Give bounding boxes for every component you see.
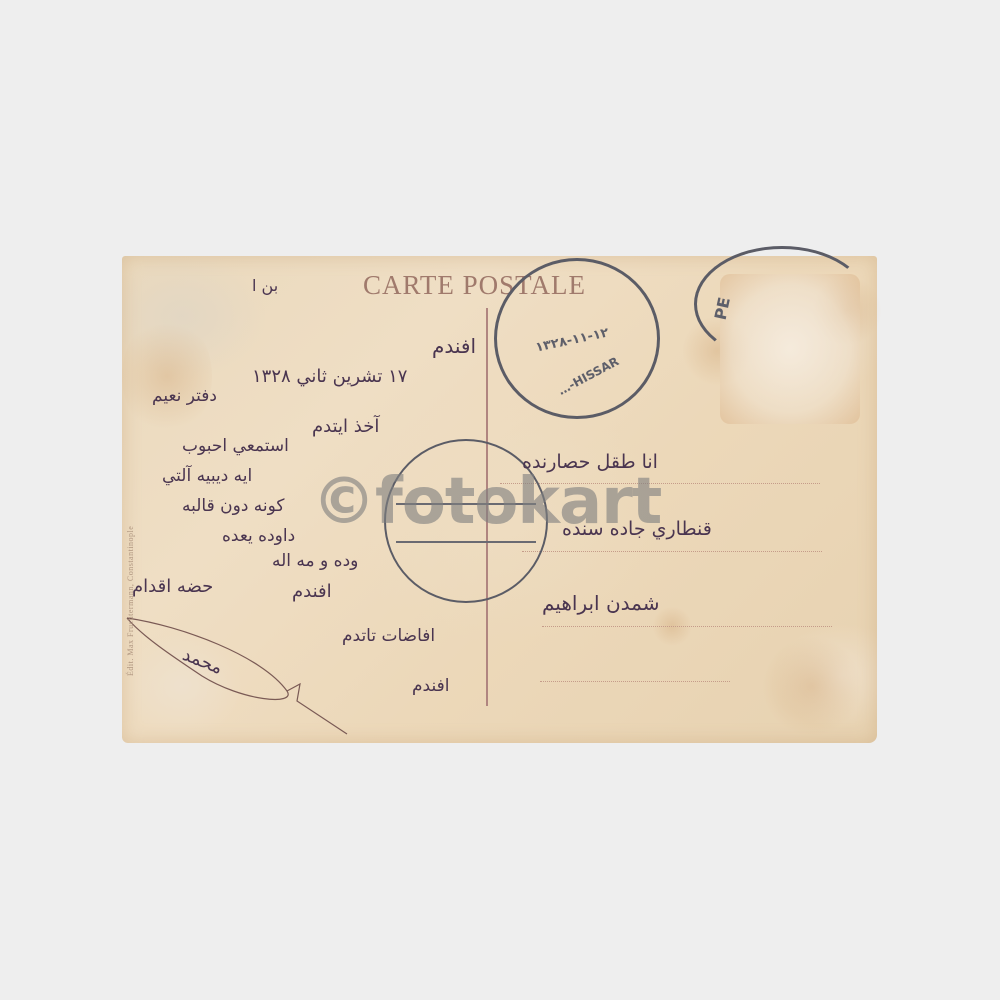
postmark-label: …-HISSAR: [556, 354, 622, 398]
message-line: استمعي احبوب: [182, 436, 289, 456]
message-line: حضه اقدام: [132, 576, 213, 597]
message-line: ايه ديبيه آلتي: [162, 466, 252, 486]
message-line: افندم: [412, 676, 449, 696]
header-note: بن ا: [252, 276, 278, 295]
postmark-pe: PE: [694, 246, 870, 362]
address-line: [540, 681, 730, 682]
message-line: افندم: [292, 581, 332, 602]
address-line: [542, 626, 832, 627]
message-line: دفتر نعيم: [152, 386, 217, 406]
stain: [122, 316, 212, 436]
postmark-label: PE: [711, 295, 734, 321]
message-line: ١٧ تشرين ثاني ١٣٢٨: [252, 366, 407, 387]
message-line: كونه دون قالبه: [182, 496, 285, 516]
stain: [762, 636, 862, 736]
message-line: آخذ ايتدم: [312, 416, 379, 437]
watermark: ©fotokart: [312, 462, 661, 542]
signature-flourish: [122, 616, 362, 746]
address-line: [522, 551, 822, 552]
address-line-text: شمدن ابراهيم: [542, 591, 659, 615]
message-line: وده و مه اله: [272, 551, 358, 571]
message-line: داوده يعده: [222, 526, 295, 546]
postmark-hissar: ١٢-١١-١٣٢٨ …-HISSAR: [494, 258, 660, 419]
message-line: افندم: [432, 334, 476, 358]
postmark-date: ١٢-١١-١٣٢٨: [534, 325, 610, 355]
printer-imprint: Édit. Max Fruchtermann, Constantinople: [126, 526, 135, 676]
